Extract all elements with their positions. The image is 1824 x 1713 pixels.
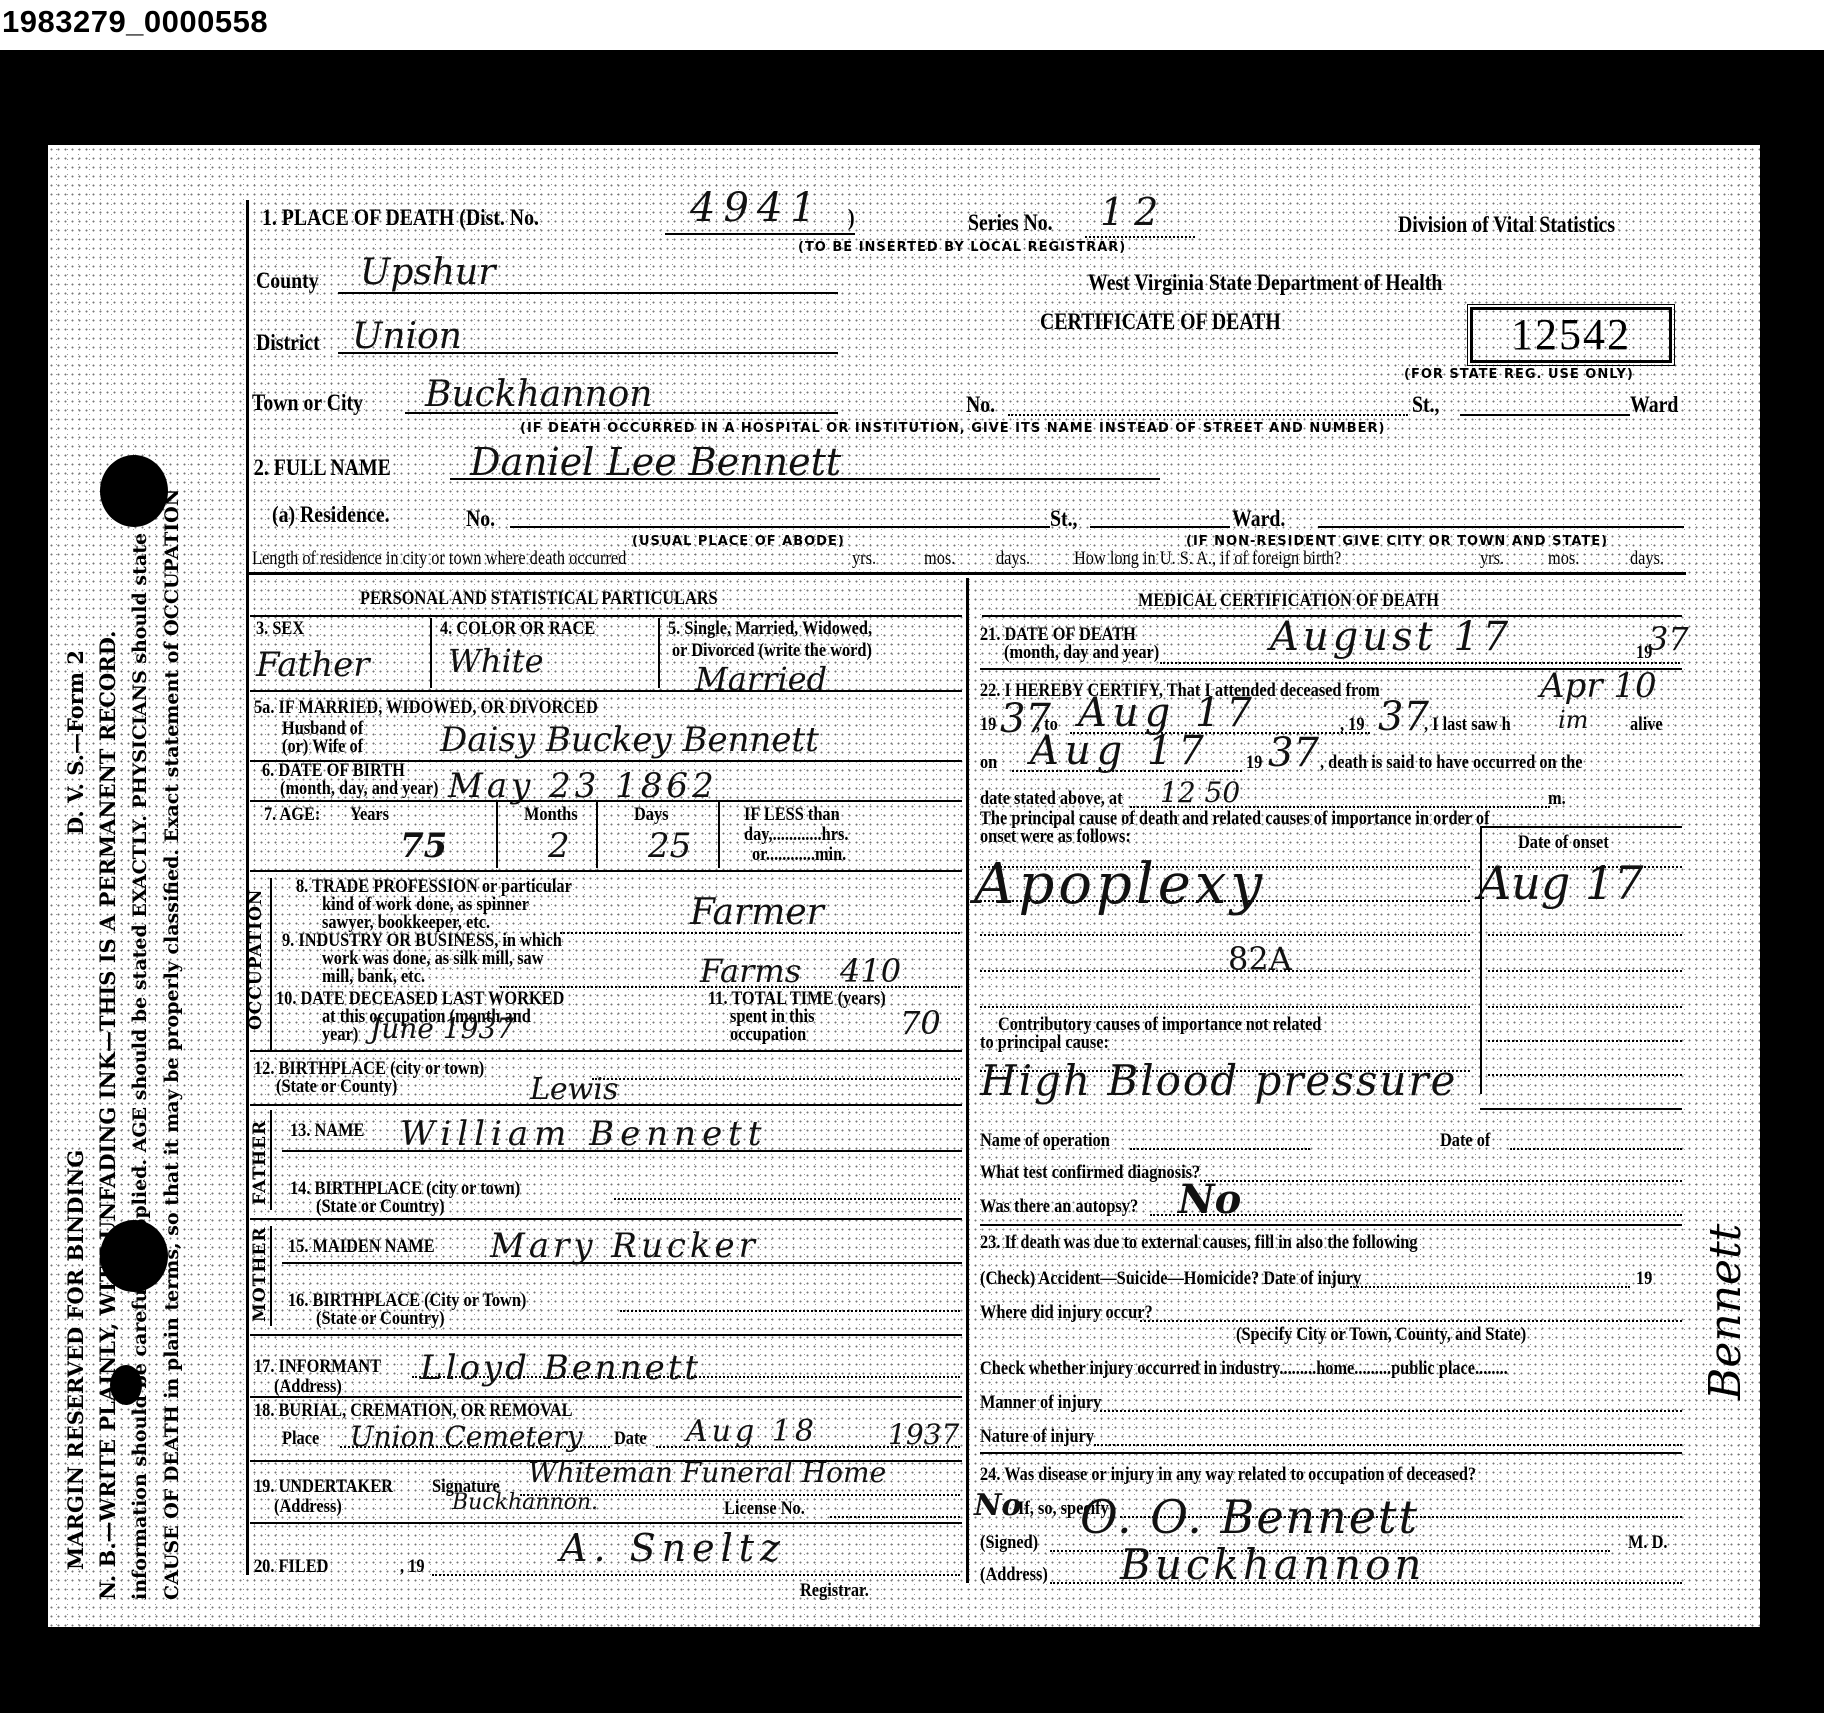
dist-no-value: 4941 <box>690 185 824 231</box>
st-label: St., <box>1412 392 1439 418</box>
cause-line-3 <box>980 934 1470 936</box>
rule-after-contrib <box>1480 1108 1682 1110</box>
rule-after-undertaker <box>250 1522 962 1524</box>
undertaker-label: 19. UNDERTAKER <box>254 1476 393 1498</box>
occupation-bracket <box>270 878 272 1050</box>
father-side-label: FATHER <box>250 1120 270 1205</box>
filed-line <box>432 1574 960 1576</box>
informant-value: Lloyd Bennett <box>420 1348 701 1388</box>
last-seen-value: Aug 17 <box>1030 728 1210 774</box>
residence-ward-label: Ward. <box>1232 506 1285 532</box>
cause-line-5 <box>980 1006 1470 1008</box>
undertaker-address-value: Buckhannon. <box>452 1490 598 1515</box>
last-seen-year: 37 <box>1268 730 1319 776</box>
from-19: 19 <box>980 714 996 736</box>
mother-name-label: 15. MAIDEN NAME <box>288 1236 435 1258</box>
filed-label: 20. FILED <box>254 1556 328 1578</box>
onset-line-2 <box>1488 934 1682 936</box>
dod-year: 37 <box>1648 620 1689 658</box>
rule-after-dob <box>250 800 962 802</box>
series-line <box>1085 236 1195 238</box>
less-than-3: or............min. <box>752 844 846 866</box>
onset-line-6 <box>1488 1074 1682 1076</box>
onset-line-4 <box>1488 1006 1682 1008</box>
occupation-side-label: OCCUPATION <box>246 889 266 1030</box>
certificate-number: 12542 <box>1473 310 1669 360</box>
rule-after-nature <box>980 1452 1682 1454</box>
where-note: (Specify City or Town, County, and State… <box>1236 1324 1526 1346</box>
length-yrs: yrs. <box>852 548 876 570</box>
spouse-label-2: (or) Wife of <box>282 736 363 758</box>
age-div-2 <box>596 800 598 868</box>
birthplace-value: Lewis <box>530 1072 618 1107</box>
full-name-value: Daniel Lee Bennett <box>470 440 841 484</box>
total-time-label-3: occupation <box>730 1024 806 1046</box>
mother-side-label: MOTHER <box>250 1227 270 1322</box>
sex-value: Father <box>256 645 370 685</box>
rule-personal-title <box>250 615 962 617</box>
marital-label-2: or Divorced (write the word) <box>672 640 872 662</box>
ward-line <box>1460 414 1630 416</box>
dod-value: August 17 <box>1270 614 1512 660</box>
industry-code: 410 <box>840 952 901 990</box>
registrar-signature: A. Sneltz <box>560 1526 786 1570</box>
dod-line <box>1160 662 1680 664</box>
burial-date-label: Date <box>614 1428 647 1450</box>
personal-section-title: PERSONAL AND STATISTICAL PARTICULARS <box>360 588 718 610</box>
father-bp-label-2: (State or Country) <box>316 1196 445 1218</box>
on-19: 19 <box>1246 752 1262 774</box>
informant-address-label: (Address) <box>274 1376 342 1398</box>
father-bracket <box>270 1110 272 1210</box>
last-worked-value: June 1937 <box>370 1012 514 1045</box>
age-days-value: 25 <box>648 826 691 866</box>
undertaker-address-label: (Address) <box>274 1496 342 1518</box>
less-than-2: day,............hrs. <box>744 824 848 846</box>
rule-after-mother <box>250 1334 962 1336</box>
where-label: Where did injury occur? <box>980 1302 1153 1324</box>
birthplace-label-2: (State or County) <box>276 1076 397 1098</box>
father-bp-line <box>614 1198 960 1200</box>
punch-hole-top <box>100 455 168 527</box>
license-label: License No. <box>724 1498 805 1520</box>
street-no-line <box>1008 414 1408 416</box>
right-margin-annotation: Bennett <box>1700 1224 1751 1400</box>
contrib-value: High Blood pressure <box>980 1056 1457 1105</box>
burial-place-label: Place <box>282 1428 319 1450</box>
on-label: on <box>980 752 997 774</box>
place-of-death-label: 1. PLACE OF DEATH (Dist. No. <box>262 205 539 231</box>
burial-label: 18. BURIAL, CREMATION, OR REMOVAL <box>254 1400 573 1422</box>
sex-race-divider <box>430 618 432 688</box>
occupation-related-label: 24. Was disease or injury in any way rel… <box>980 1464 1476 1486</box>
state-reg-box: 12542 <box>1470 307 1672 363</box>
dist-no-line <box>665 233 855 235</box>
image-label: 1983279_0000558 <box>2 4 268 40</box>
operation-line <box>1130 1148 1310 1150</box>
usa-mos: mos. <box>1548 548 1579 570</box>
occupation-related-value: No <box>974 1488 1021 1523</box>
form-id: D. V. S.—Form 2 <box>63 650 88 835</box>
license-line <box>830 1516 960 1518</box>
last-worked-label-3: year) <box>322 1024 358 1046</box>
rule-after-occupation <box>250 1050 962 1052</box>
mother-name-value: Mary Rucker <box>490 1226 759 1266</box>
cause-line-4 <box>980 970 1470 972</box>
cause-code: 82A <box>1228 940 1292 978</box>
father-name-label: 13. NAME <box>290 1120 364 1142</box>
length-days: days. <box>996 548 1030 570</box>
signed-label: (Signed) <box>980 1532 1038 1554</box>
check-label: (Check) Accident—Suicide—Homicide? Date … <box>980 1268 1361 1290</box>
alive-label: alive <box>1630 714 1663 736</box>
physician-address: Buckhannon <box>1120 1540 1425 1589</box>
mother-bp-line <box>620 1310 960 1312</box>
race-value: White <box>448 642 544 680</box>
town-label: Town or City <box>252 390 363 416</box>
medical-section-title: MEDICAL CERTIFICATION OF DEATH <box>1138 590 1439 612</box>
spouse-header: 5a. IF MARRIED, WIDOWED, OR DIVORCED <box>254 697 598 719</box>
dod-label-2: (month, day and year) <box>1004 642 1159 664</box>
marital-value: Married <box>695 660 827 698</box>
informant-label: 17. INFORMANT <box>254 1356 381 1378</box>
rule-after-autopsy <box>980 1224 1682 1226</box>
external-label: 23. If death was due to external causes,… <box>980 1232 1418 1254</box>
length-mos: mos. <box>924 548 955 570</box>
operation-date-label: Date of <box>1440 1130 1490 1152</box>
age-label: 7. AGE: <box>264 804 320 826</box>
filed-19: , 19 <box>400 1556 425 1578</box>
full-name-label: 2. FULL NAME <box>254 455 391 481</box>
race-label: 4. COLOR OR RACE <box>440 618 595 640</box>
town-value: Buckhannon <box>425 374 653 415</box>
punch-hole-bottom <box>100 1220 168 1292</box>
state-reg-note: (FOR STATE REG. USE ONLY) <box>1404 367 1634 382</box>
last-saw-value: im <box>1558 706 1588 734</box>
age-months-label: Months <box>524 804 578 826</box>
time-value: 12 50 <box>1160 776 1240 809</box>
contrib-label-2: to principal cause: <box>980 1032 1109 1054</box>
total-time-value: 70 <box>900 1004 941 1042</box>
age-years-label: Years <box>350 804 389 826</box>
binding-note: MARGIN RESERVED FOR BINDING <box>63 1150 88 1600</box>
nature-label: Nature of injury <box>980 1426 1094 1448</box>
principal-label-2: onset were as follows: <box>980 826 1131 848</box>
mother-bracket <box>270 1226 272 1326</box>
rule-after-sex <box>250 690 962 692</box>
mother-bp-label-2: (State or Country) <box>316 1308 445 1330</box>
nature-line <box>1094 1444 1682 1446</box>
operation-date-line <box>1510 1148 1682 1150</box>
address-label: (Address) <box>980 1564 1048 1586</box>
cause-value: Apoplexy <box>974 852 1266 917</box>
onset-header-rule <box>1480 826 1682 828</box>
rule-after-informant <box>250 1396 962 1398</box>
image-label-bar: 1983279_0000558 <box>0 0 1824 50</box>
age-div-3 <box>718 800 720 868</box>
registrar-label: Registrar. <box>800 1580 869 1602</box>
autopsy-label: Was there an autopsy? <box>980 1196 1138 1218</box>
race-marital-divider <box>658 618 660 688</box>
ward-label: Ward <box>1630 392 1678 418</box>
usa-label: How long in U. S. A., if of foreign birt… <box>1074 548 1341 570</box>
no-label: No. <box>966 392 995 418</box>
death-said-label: , death is said to have occurred on the <box>1320 752 1583 774</box>
usa-yrs: yrs. <box>1480 548 1504 570</box>
margin-line-3: CAUSE OF DEATH in plain terms, so that i… <box>156 210 188 1600</box>
industry-check-label: Check whether injury occurred in industr… <box>980 1358 1508 1380</box>
father-name-value: William Bennett <box>400 1114 768 1154</box>
rule-after-age <box>250 870 962 872</box>
onset-line-5 <box>1488 1040 1682 1042</box>
residence-no-line <box>510 526 1050 528</box>
county-label: County <box>256 268 319 294</box>
birthplace-line <box>592 1078 960 1080</box>
marital-label-1: 5. Single, Married, Widowed, <box>668 618 872 640</box>
series-value: 12 <box>1100 190 1168 234</box>
injury-date-line <box>1350 1286 1630 1288</box>
dist-no-close: ) <box>848 205 855 231</box>
certificate-title: CERTIFICATE OF DEATH <box>1040 309 1281 335</box>
check-19: 19 <box>1636 1268 1652 1290</box>
test-line <box>1200 1180 1682 1182</box>
to-19: , 19 <box>1340 714 1365 736</box>
dist-note: (TO BE INSERTED BY LOCAL REGISTRAR) <box>798 240 1126 255</box>
burial-date-value: Aug 18 <box>686 1414 818 1449</box>
last-saw-label: , I last saw h <box>1424 714 1511 736</box>
rule-after-birthplace <box>250 1104 962 1106</box>
district-value: Union <box>352 316 462 357</box>
onset-line-3 <box>1488 970 1682 972</box>
department-title: West Virginia State Department of Health <box>1088 270 1442 296</box>
attended-from-value: Apr 10 <box>1540 666 1657 706</box>
series-label: Series No. <box>968 210 1053 236</box>
hospital-note: (IF DEATH OCCURRED IN A HOSPITAL OR INST… <box>520 421 1385 436</box>
autopsy-value: No <box>1178 1176 1241 1223</box>
operation-label: Name of operation <box>980 1130 1110 1152</box>
onset-header: Date of onset <box>1518 832 1609 854</box>
to-year-value: 37 <box>1378 694 1429 740</box>
where-line <box>1140 1320 1682 1322</box>
nonresident-line <box>1318 526 1684 528</box>
division-title: Division of Vital Statistics <box>1398 212 1615 238</box>
length-residence-label: Length of residence in city or town wher… <box>252 548 626 570</box>
cause-onset-value: Aug 17 <box>1478 856 1643 910</box>
sex-label: 3. SEX <box>256 618 304 640</box>
residence-no-label: No. <box>466 506 495 532</box>
rule-top-section <box>246 572 1686 575</box>
age-days-label: Days <box>634 804 669 826</box>
form-left-border <box>246 200 249 1575</box>
less-than-1: IF LESS than <box>744 804 840 826</box>
abode-note: (USUAL PLACE OF ABODE) <box>632 534 845 549</box>
usa-days: days. <box>1630 548 1664 570</box>
trade-value: Farmer <box>690 892 824 933</box>
residence-label: (a) Residence. <box>272 502 390 528</box>
county-value: Upshur <box>360 252 495 293</box>
m-label: m. <box>1548 788 1566 810</box>
column-divider <box>966 578 969 1583</box>
age-div-1 <box>496 800 498 868</box>
district-label: District <box>256 330 320 356</box>
age-months-value: 2 <box>548 826 570 866</box>
residence-ward-line <box>1090 526 1230 528</box>
date-stated-label: date stated above, at <box>980 788 1123 810</box>
residence-st-label: St., <box>1050 506 1077 532</box>
burial-year-value: 1937 <box>888 1418 959 1451</box>
punch-hole-small <box>110 1365 142 1405</box>
manner-line <box>1100 1410 1682 1412</box>
manner-label: Manner of injury <box>980 1392 1101 1414</box>
margin-line-binding: MARGIN RESERVED FOR BINDING D. V. S.—For… <box>60 210 92 1600</box>
physician-signature: O. O. Bennett <box>1080 1490 1419 1544</box>
industry-label-3: mill, bank, etc. <box>322 966 425 988</box>
dob-label-2: (month, day, and year) <box>280 778 438 800</box>
md-label: M. D. <box>1628 1532 1667 1554</box>
undertaker-value: Whiteman Funeral Home <box>528 1456 886 1489</box>
burial-place-value: Union Cemetery <box>350 1420 583 1453</box>
spouse-value: Daisy Buckey Bennett <box>440 720 819 760</box>
test-label: What test confirmed diagnosis? <box>980 1162 1200 1184</box>
age-years-value: 75 <box>400 826 447 866</box>
rule-after-father <box>250 1218 962 1220</box>
nonresident-note: (IF NON-RESIDENT GIVE CITY OR TOWN AND S… <box>1186 534 1608 549</box>
industry-value: Farms <box>700 952 801 990</box>
